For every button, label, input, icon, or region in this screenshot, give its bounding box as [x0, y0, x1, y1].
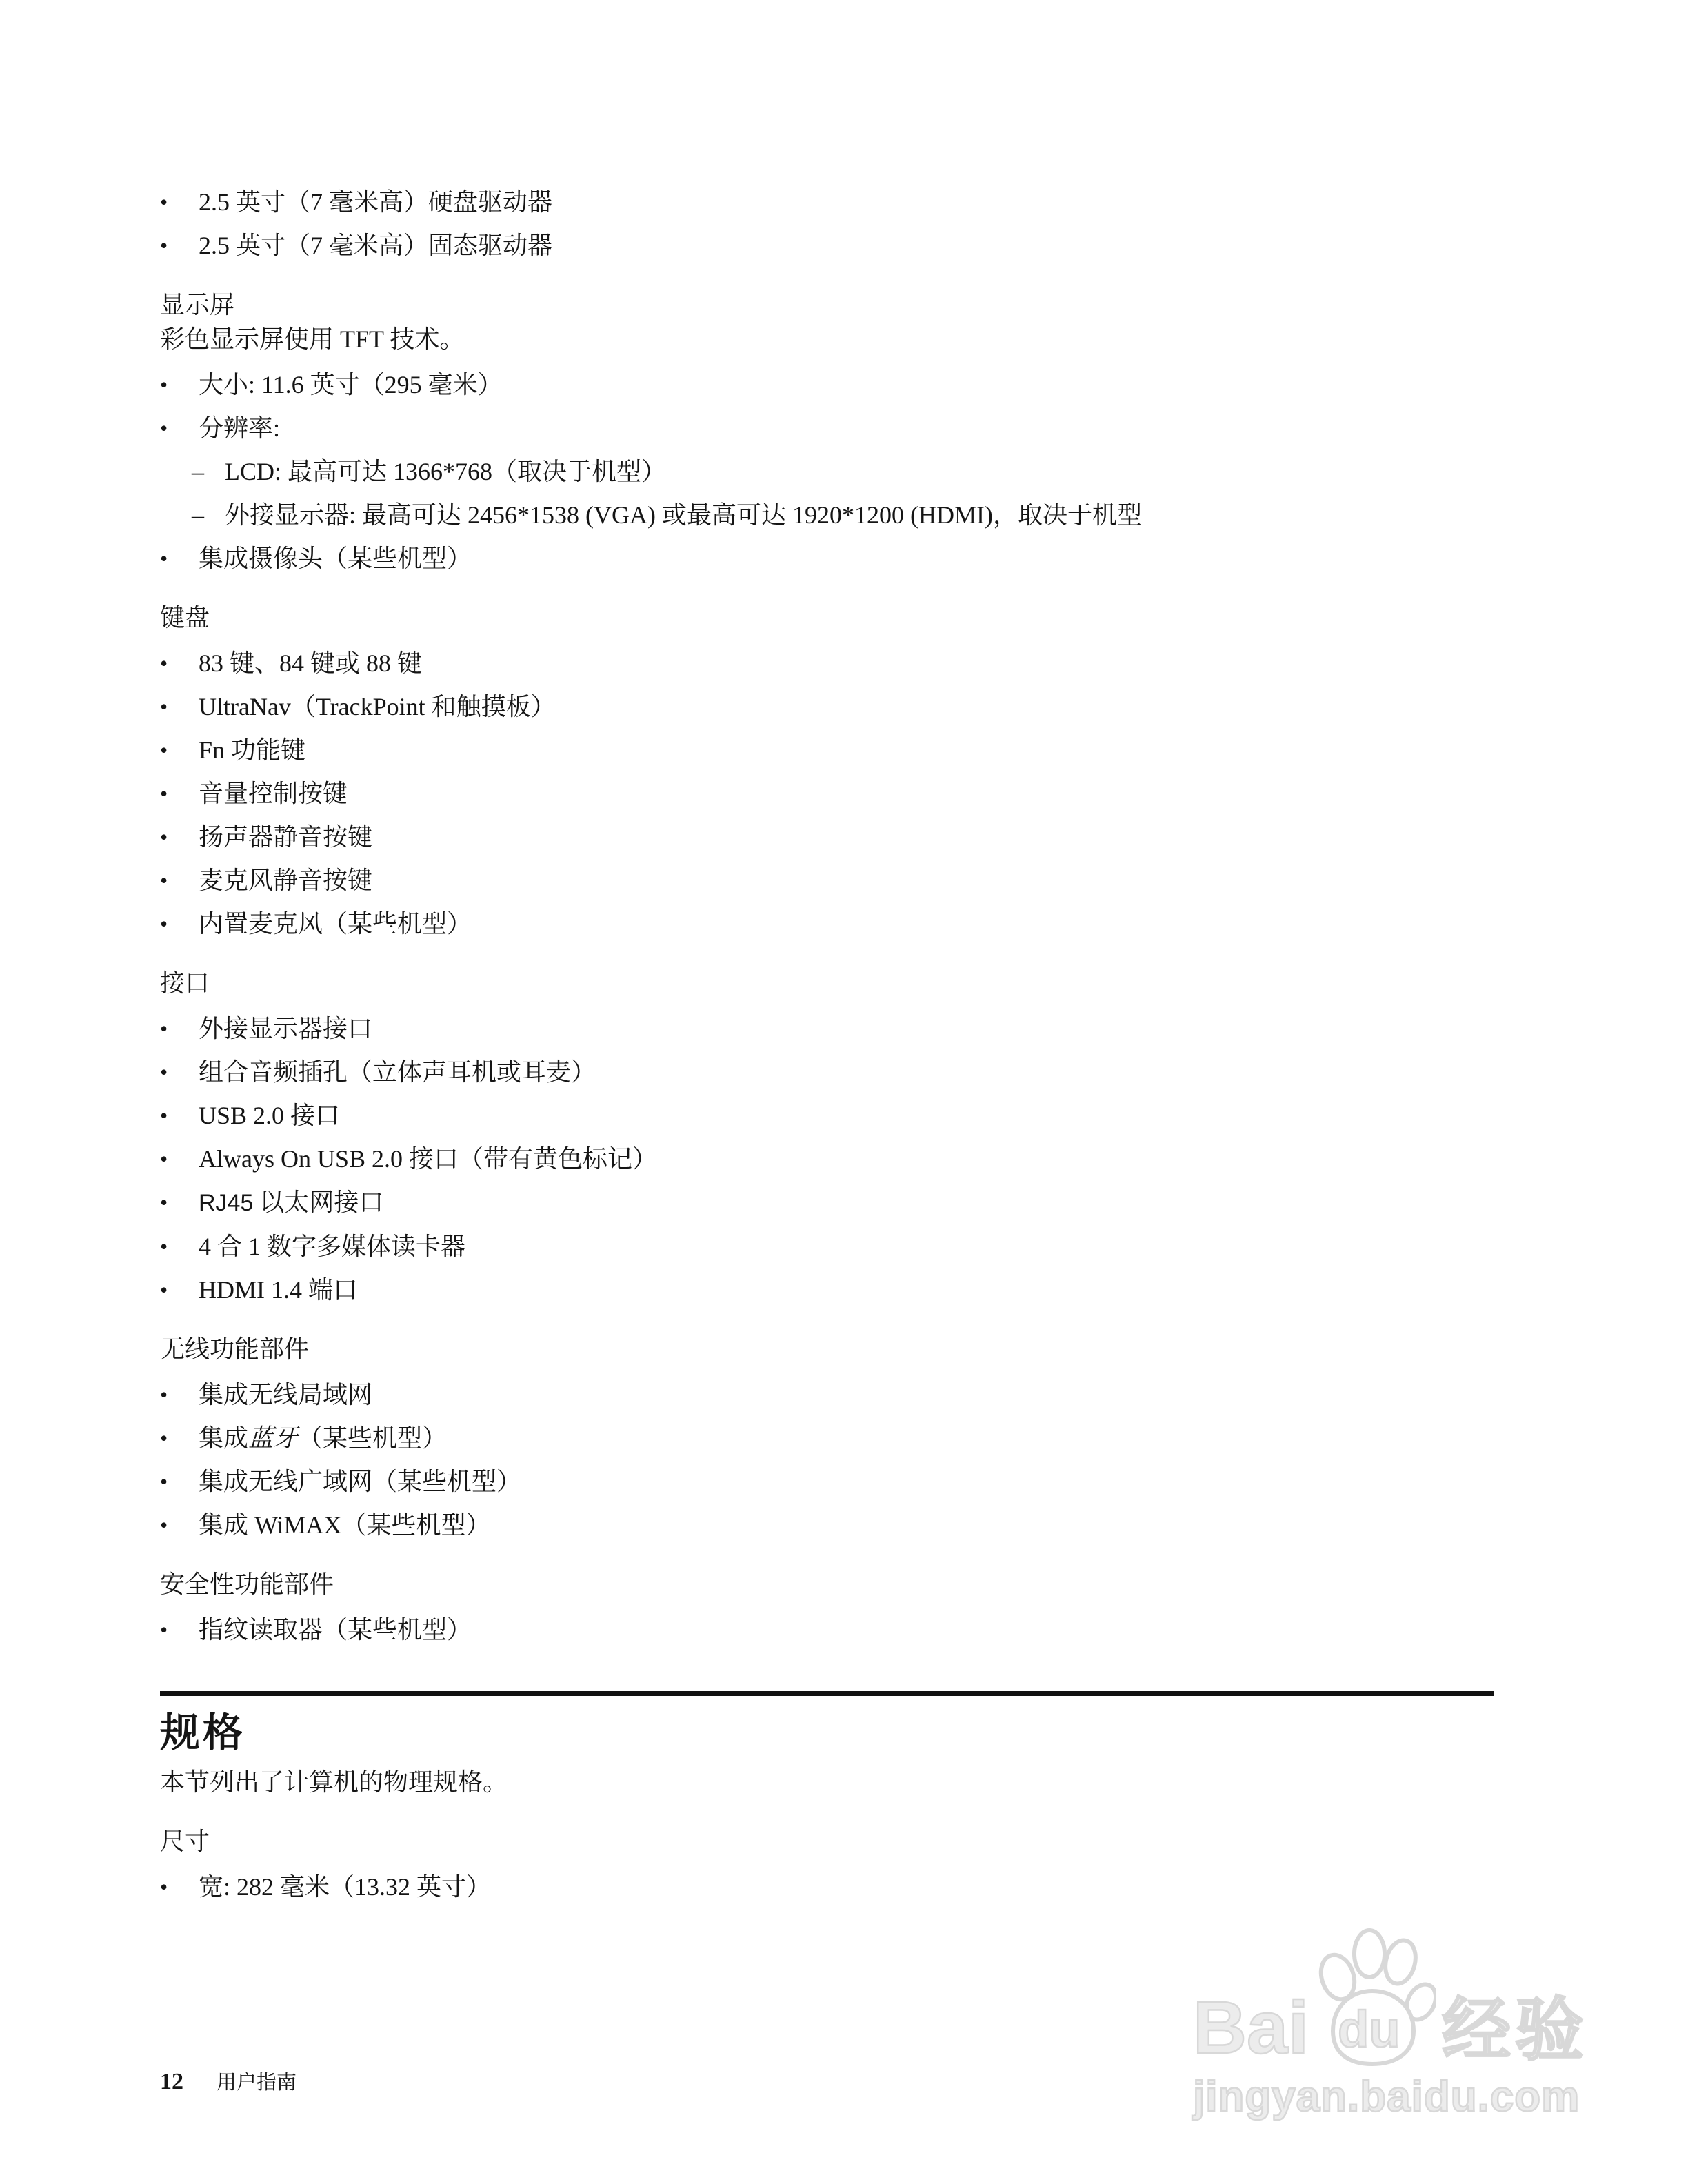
list-item-text: UltraNav（TrackPoint 和触摸板） [199, 689, 1494, 724]
section-divider [160, 1691, 1494, 1696]
list-item: •组合音频插孔（立体声耳机或耳麦） [160, 1055, 1494, 1089]
list-item-text: 扬声器静音按键 [199, 820, 1494, 854]
bullet-icon: • [160, 1142, 199, 1176]
list-item-text: HDMI 1.4 端口 [199, 1273, 1494, 1307]
bullet-icon: • [160, 776, 199, 811]
list-item-text: 集成摄像头（某些机型） [199, 541, 1494, 576]
list-item: •USB 2.0 接口 [160, 1098, 1494, 1133]
bullet-icon: • [160, 646, 199, 680]
footer-title: 用户指南 [217, 2067, 297, 2095]
list-item: •集成蓝牙（某些机型） [160, 1421, 1494, 1455]
page-footer: 12 用户指南 [160, 2067, 297, 2095]
list-item-text: 2.5 英寸（7 毫米高）固态驱动器 [199, 228, 1494, 263]
bullet-icon: • [160, 228, 199, 263]
list-item-text: Always On USB 2.0 接口（带有黄色标记） [199, 1142, 1494, 1176]
section-heading: 尺寸 [160, 1824, 1494, 1859]
bullet-icon: • [160, 1185, 199, 1220]
bullet-icon: • [160, 733, 199, 767]
bullet-list: •2.5 英寸（7 毫米高）硬盘驱动器•2.5 英寸（7 毫米高）固态驱动器 [160, 185, 1494, 263]
list-item: •2.5 英寸（7 毫米高）固态驱动器 [160, 228, 1494, 263]
bullet-icon: • [160, 1421, 199, 1455]
bullet-icon: • [160, 1464, 199, 1499]
bullet-icon: • [160, 1229, 199, 1264]
list-item: •内置麦克风（某些机型） [160, 907, 1494, 941]
list-item-text: 分辨率: [199, 411, 1494, 445]
list-item: •扬声器静音按键 [160, 820, 1494, 854]
bullet-icon: • [160, 1377, 199, 1412]
paragraph: 本节列出了计算机的物理规格。 [160, 1765, 1494, 1799]
list-item: •大小: 11.6 英寸（295 毫米） [160, 367, 1494, 402]
page-section-title: 规格 [160, 1708, 1494, 1758]
bullet-icon: • [160, 820, 199, 854]
bullet-icon: • [160, 1055, 199, 1089]
bullet-icon: • [160, 1098, 199, 1133]
list-item: •集成 WiMAX（某些机型） [160, 1508, 1494, 1542]
list-item: •2.5 英寸（7 毫米高）硬盘驱动器 [160, 185, 1494, 219]
manual-page: { "document": { "colors": { "text": "#15… [0, 0, 1688, 2184]
list-item: •集成无线广域网（某些机型） [160, 1464, 1494, 1499]
dash-icon: – [192, 454, 225, 489]
list-item-text: 指纹读取器（某些机型） [199, 1612, 1494, 1647]
watermark-brand-mid: du [1338, 2004, 1400, 2055]
list-item-text: 集成 WiMAX（某些机型） [199, 1508, 1494, 1542]
content: •2.5 英寸（7 毫米高）硬盘驱动器•2.5 英寸（7 毫米高）固态驱动器显示… [160, 185, 1494, 1904]
list-item: •分辨率: [160, 411, 1494, 445]
list-item-text: 组合音频插孔（立体声耳机或耳麦） [199, 1055, 1494, 1089]
list-item-text: 外接显示器接口 [199, 1011, 1494, 1046]
bullet-icon: • [160, 1011, 199, 1046]
bullet-list: •大小: 11.6 英寸（295 毫米）•分辨率:–LCD: 最高可达 1366… [160, 367, 1494, 576]
section-heading: 显示屏 [160, 287, 1494, 322]
list-item: •指纹读取器（某些机型） [160, 1612, 1494, 1647]
bullet-icon: • [160, 907, 199, 941]
list-item: •外接显示器接口 [160, 1011, 1494, 1046]
list-item-text: 集成无线广域网（某些机型） [199, 1464, 1494, 1499]
list-item: •83 键、84 键或 88 键 [160, 646, 1494, 680]
bullet-icon: • [160, 411, 199, 445]
watermark-url: jingyan.baidu.com [1193, 2076, 1634, 2119]
list-item-text: LCD: 最高可达 1366*768（取决于机型） [225, 454, 1494, 489]
bullet-icon: • [160, 185, 199, 219]
list-item-text: 83 键、84 键或 88 键 [199, 646, 1494, 680]
bullet-list: •83 键、84 键或 88 键•UltraNav（TrackPoint 和触摸… [160, 646, 1494, 941]
watermark-brand-row: Bai du 经验 [1193, 1923, 1634, 2065]
list-item: •集成摄像头（某些机型） [160, 541, 1494, 576]
list-item: •音量控制按键 [160, 776, 1494, 811]
list-item: •Always On USB 2.0 接口（带有黄色标记） [160, 1142, 1494, 1176]
bullet-icon: • [160, 863, 199, 898]
list-item: –外接显示器: 最高可达 2456*1538 (VGA) 或最高可达 1920*… [192, 498, 1494, 532]
page-number: 12 [160, 2069, 183, 2095]
list-item: •HDMI 1.4 端口 [160, 1273, 1494, 1307]
list-item-text: 外接显示器: 最高可达 2456*1538 (VGA) 或最高可达 1920*1… [225, 498, 1494, 532]
list-item-text: 4 合 1 数字多媒体读卡器 [199, 1229, 1494, 1264]
baidu-paw-icon: du [1309, 1923, 1436, 2065]
bullet-list: •集成无线局域网•集成蓝牙（某些机型）•集成无线广域网（某些机型）•集成 WiM… [160, 1377, 1494, 1542]
bullet-icon: • [160, 1870, 199, 1904]
bullet-icon: • [160, 541, 199, 576]
section-heading: 接口 [160, 966, 1494, 1000]
bullet-icon: • [160, 367, 199, 402]
bullet-list: •外接显示器接口•组合音频插孔（立体声耳机或耳麦）•USB 2.0 接口•Alw… [160, 1011, 1494, 1307]
bullet-list: •宽: 282 毫米（13.32 英寸） [160, 1870, 1494, 1904]
list-item: •宽: 282 毫米（13.32 英寸） [160, 1870, 1494, 1904]
list-item-text: 大小: 11.6 英寸（295 毫米） [199, 367, 1494, 402]
bullet-icon: • [160, 1508, 199, 1542]
list-item-text: RJ45 以太网接口 [199, 1185, 1494, 1220]
bullet-icon: • [160, 689, 199, 724]
list-item-text: USB 2.0 接口 [199, 1098, 1494, 1133]
list-item-text: 2.5 英寸（7 毫米高）硬盘驱动器 [199, 185, 1494, 219]
list-item-text: 音量控制按键 [199, 776, 1494, 811]
list-item-text: Fn 功能键 [199, 733, 1494, 767]
list-item: •集成无线局域网 [160, 1377, 1494, 1412]
watermark-brand-prefix: Bai [1193, 1990, 1309, 2065]
section-heading: 无线功能部件 [160, 1332, 1494, 1366]
list-item-text: 集成蓝牙（某些机型） [199, 1421, 1494, 1455]
section-heading: 键盘 [160, 600, 1494, 635]
bullet-icon: • [160, 1612, 199, 1647]
list-item: •4 合 1 数字多媒体读卡器 [160, 1229, 1494, 1264]
list-item: –LCD: 最高可达 1366*768（取决于机型） [192, 454, 1494, 489]
list-item: •Fn 功能键 [160, 733, 1494, 767]
dash-icon: – [192, 498, 225, 532]
list-item: •RJ45 以太网接口 [160, 1185, 1494, 1220]
baidu-jingyan-watermark: Bai du 经验 jingyan.baidu.com [1193, 1923, 1634, 2119]
list-item-text: 内置麦克风（某些机型） [199, 907, 1494, 941]
section-heading: 安全性功能部件 [160, 1567, 1494, 1601]
list-item: •UltraNav（TrackPoint 和触摸板） [160, 689, 1494, 724]
list-item: •麦克风静音按键 [160, 863, 1494, 898]
list-item-text: 集成无线局域网 [199, 1377, 1494, 1412]
bullet-icon: • [160, 1273, 199, 1307]
paragraph: 彩色显示屏使用 TFT 技术。 [160, 322, 1494, 356]
list-item-text: 麦克风静音按键 [199, 863, 1494, 898]
bullet-list: •指纹读取器（某些机型） [160, 1612, 1494, 1647]
list-item-text: 宽: 282 毫米（13.32 英寸） [199, 1870, 1494, 1904]
watermark-brand-suffix: 经验 [1442, 1996, 1588, 2065]
